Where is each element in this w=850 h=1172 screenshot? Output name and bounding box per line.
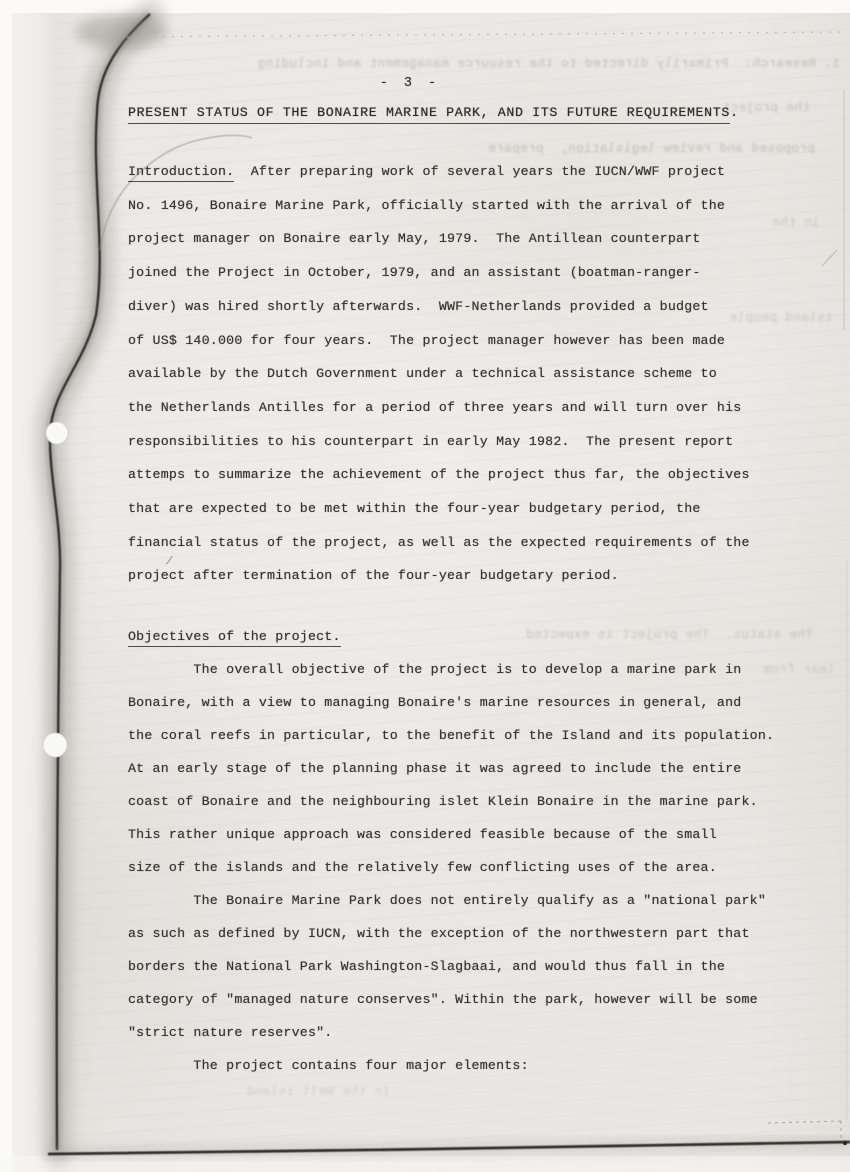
document-title-text: PRESENT STATUS OF THE BONAIRE MARINE PAR… — [128, 105, 730, 124]
typed-line: joined the Project in October, 1979, and… — [128, 256, 833, 290]
typed-line: as such as defined by IUCN, with the exc… — [128, 917, 833, 950]
typed-line: available by the Dutch Government under … — [128, 357, 833, 391]
typed-line: The overall objective of the project is … — [128, 653, 833, 686]
typed-line: project manager on Bonaire early May, 19… — [128, 222, 833, 256]
typed-line: This rather unique approach was consider… — [128, 818, 833, 851]
area-below-bottom-scan-line — [0, 1156, 850, 1172]
typed-line: that are expected to be met within the f… — [128, 492, 833, 526]
bleed-through-text: In the Well island — [125, 1084, 390, 1099]
document-title-period: . — [730, 105, 739, 120]
typed-line: of US$ 140.000 for four years. The proje… — [128, 324, 833, 358]
intro-paragraph: Introduction. After preparing work of se… — [128, 155, 833, 593]
scanned-document-screenshot: { "page": { "number": "- 3 -", "title": … — [0, 0, 850, 1172]
typed-line: size of the islands and the relatively f… — [128, 851, 833, 884]
typed-line: coast of Bonaire and the neighbouring is… — [128, 785, 833, 818]
typed-line: The project contains four major elements… — [128, 1049, 833, 1082]
typed-line: Bonaire, with a view to managing Bonaire… — [128, 686, 833, 719]
bleed-through-text: proposed and review legislation, prepare — [355, 141, 815, 156]
typed-line: the coral reefs in particular, to the be… — [128, 719, 833, 752]
typed-line: "strict nature reserves". — [128, 1016, 833, 1049]
typed-line: diver) was hired shortly afterwards. WWF… — [128, 290, 833, 324]
typed-line: The Bonaire Marine Park does not entirel… — [128, 884, 833, 917]
page-edge-light-strip — [12, 13, 58, 1172]
typed-line: At an early stage of the planning phase … — [128, 752, 833, 785]
document-title: PRESENT STATUS OF THE BONAIRE MARINE PAR… — [128, 105, 828, 120]
typed-line: No. 1496, Bonaire Marine Park, officiall… — [128, 189, 833, 223]
typed-line: Introduction. After preparing work of se… — [128, 155, 833, 189]
typed-line: borders the National Park Washington-Sla… — [128, 950, 833, 983]
objectives-section: Objectives of the project. The overall o… — [128, 620, 833, 1082]
typed-line: project after termination of the four-ye… — [128, 559, 833, 593]
typed-line: category of "managed nature conserves". … — [128, 983, 833, 1016]
page-number: - 3 - — [340, 76, 480, 91]
typed-line: financial status of the project, as well… — [128, 526, 833, 560]
typed-line: Objectives of the project. — [128, 620, 833, 653]
typed-line: the Netherlands Antilles for a period of… — [128, 391, 833, 425]
bleed-through-text: 1. Research: Primarily directed to the r… — [105, 56, 840, 71]
typed-line: attemps to summarize the achievement of … — [128, 458, 833, 492]
typed-line: responsibilities to his counterpart in e… — [128, 425, 833, 459]
